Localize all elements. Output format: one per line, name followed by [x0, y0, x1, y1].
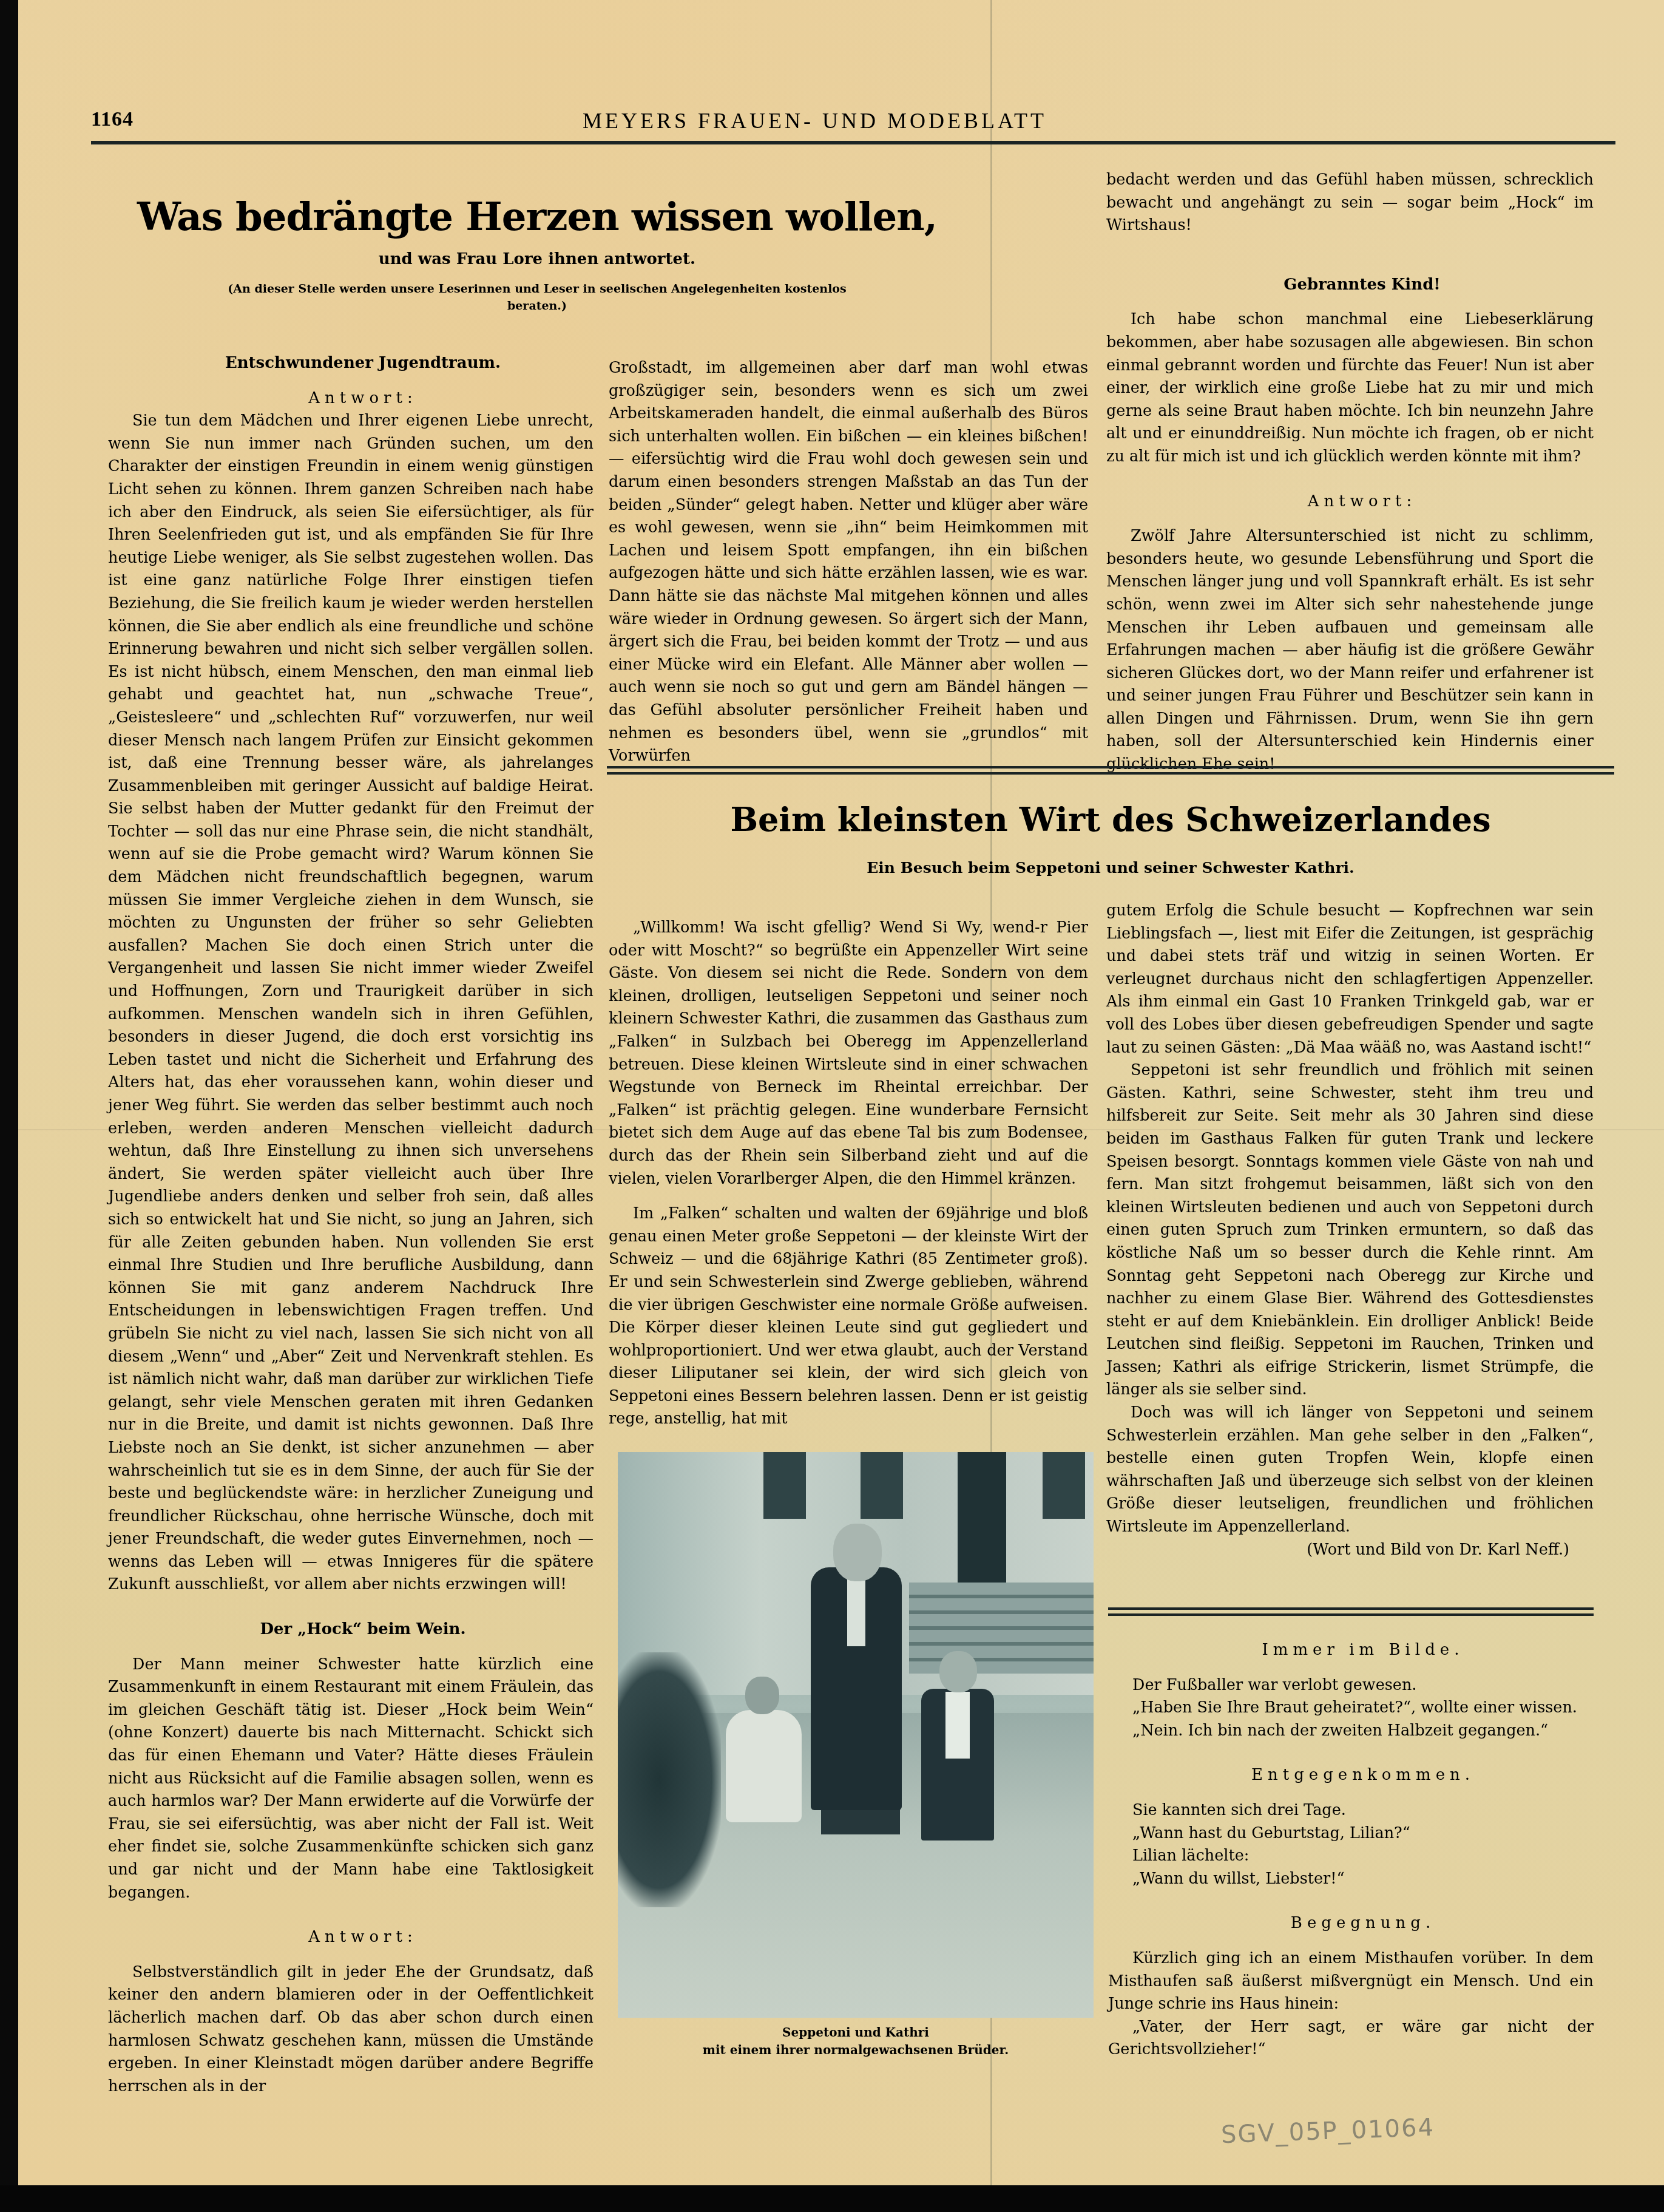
- advice-column-title: Was bedrängte Herzen wissen wollen,: [97, 194, 977, 240]
- joke-line: „Vater, der Herr sagt, er wäre gar nicht…: [1108, 2016, 1594, 2061]
- joke-title: Immer im Bilde.: [1108, 1639, 1594, 1662]
- article-photo: [618, 1452, 1094, 2018]
- joke-line: Sie kannten sich drei Tage.: [1108, 1799, 1594, 1822]
- article-paragraph: Im „Falken“ schalten und walten der 69jä…: [609, 1203, 1088, 1431]
- article2-column-right: gutem Erfolg die Schule besucht — Kopfre…: [1106, 900, 1594, 1561]
- column-right-top: bedacht werden und das Gefühl haben müss…: [1106, 169, 1594, 776]
- joke-title: Begegnung.: [1108, 1912, 1594, 1935]
- section-heading: Gebranntes Kind!: [1106, 274, 1594, 297]
- joke-line: „Haben Sie Ihre Braut geheiratet?“, woll…: [1108, 1697, 1594, 1720]
- photo-caption: Seppetoni und Kathri mit einem ihrer nor…: [613, 2024, 1098, 2059]
- joke-title: Entgegenkommen.: [1108, 1764, 1594, 1787]
- article-credit: (Wort und Bild von Dr. Karl Neff.): [1106, 1539, 1594, 1562]
- photo-caption-line: mit einem ihrer normalgewachsenen Brüder…: [613, 2041, 1098, 2059]
- answer-text-continued: Großstadt, im allgemeinen aber darf man …: [609, 357, 1088, 768]
- jokes-column: Immer im Bilde. Der Fußballer war verlob…: [1108, 1639, 1594, 2061]
- publication-title: MEYERS FRAUEN- UND MODEBLATT: [583, 108, 1047, 134]
- article-paragraph: Doch was will ich länger von Seppetoni u…: [1106, 1402, 1594, 1539]
- article-paragraph: Seppetoni ist sehr freundlich und fröhli…: [1106, 1059, 1594, 1402]
- advice-column-subtitle: und was Frau Lore ihnen antwortet.: [97, 250, 977, 268]
- joke-line: Kürzlich ging ich an einem Misthaufen vo…: [1108, 1947, 1594, 2016]
- section-heading: Entschwundener Jugendtraum.: [108, 352, 594, 375]
- joke-line: „Nein. Ich bin nach der zweiten Halbzeit…: [1108, 1720, 1594, 1743]
- section-heading: Der „Hock“ beim Wein.: [108, 1618, 594, 1641]
- answer-text: Zwölf Jahre Altersunterschied ist nicht …: [1106, 525, 1594, 776]
- joke-line: „Wann hast du Geburtstag, Lilian?“: [1108, 1822, 1594, 1845]
- joke-line: Der Fußballer war verlobt gewesen.: [1108, 1674, 1594, 1697]
- scan-edge: [0, 2185, 1664, 2212]
- article-subtitle: Ein Besuch beim Seppetoni und seiner Sch…: [607, 859, 1614, 877]
- question-text: Der Mann meiner Schwester hatte kürzlich…: [108, 1654, 594, 1905]
- page-number: 1164: [91, 108, 134, 131]
- question-text: Ich habe schon manchmal eine Liebeserklä…: [1106, 308, 1594, 468]
- article-paragraph: „Willkomm! Wa ischt gfellig? Wend Si Wy,…: [609, 917, 1088, 1190]
- column-left: Entschwundener Jugendtraum. Antwort: Sie…: [108, 352, 594, 2098]
- jokes-divider: [1108, 1607, 1594, 1616]
- answer-label: Antwort:: [108, 387, 594, 410]
- column-middle-top: Großstadt, im allgemeinen aber darf man …: [609, 357, 1088, 768]
- photo-caption-line: Seppetoni und Kathri: [613, 2024, 1098, 2041]
- page-header: 1164 MEYERS FRAUEN- UND MODEBLATT: [91, 108, 1614, 144]
- answer-text: Selbstverständlich gilt in jeder Ehe der…: [108, 1961, 594, 2098]
- answer-text: Sie tun dem Mädchen und Ihrer eigenen Li…: [108, 410, 594, 1596]
- joke-line: Lilian lächelte:: [1108, 1845, 1594, 1868]
- joke-line: „Wann du willst, Liebster!“: [1108, 1868, 1594, 1891]
- article-title: Beim kleinsten Wirt des Schweizerlandes: [607, 800, 1614, 839]
- answer-label: Antwort:: [108, 1926, 594, 1949]
- article-divider: [607, 766, 1614, 775]
- header-rule: [91, 141, 1615, 144]
- answer-label: Antwort:: [1106, 490, 1594, 514]
- advice-column-note: (An dieser Stelle werden unsere Leserinn…: [218, 280, 856, 314]
- answer-text-continued: bedacht werden und das Gefühl haben müss…: [1106, 169, 1594, 237]
- article2-column-middle: „Willkomm! Wa ischt gfellig? Wend Si Wy,…: [609, 917, 1088, 1431]
- article-paragraph: gutem Erfolg die Schule besucht — Kopfre…: [1106, 900, 1594, 1059]
